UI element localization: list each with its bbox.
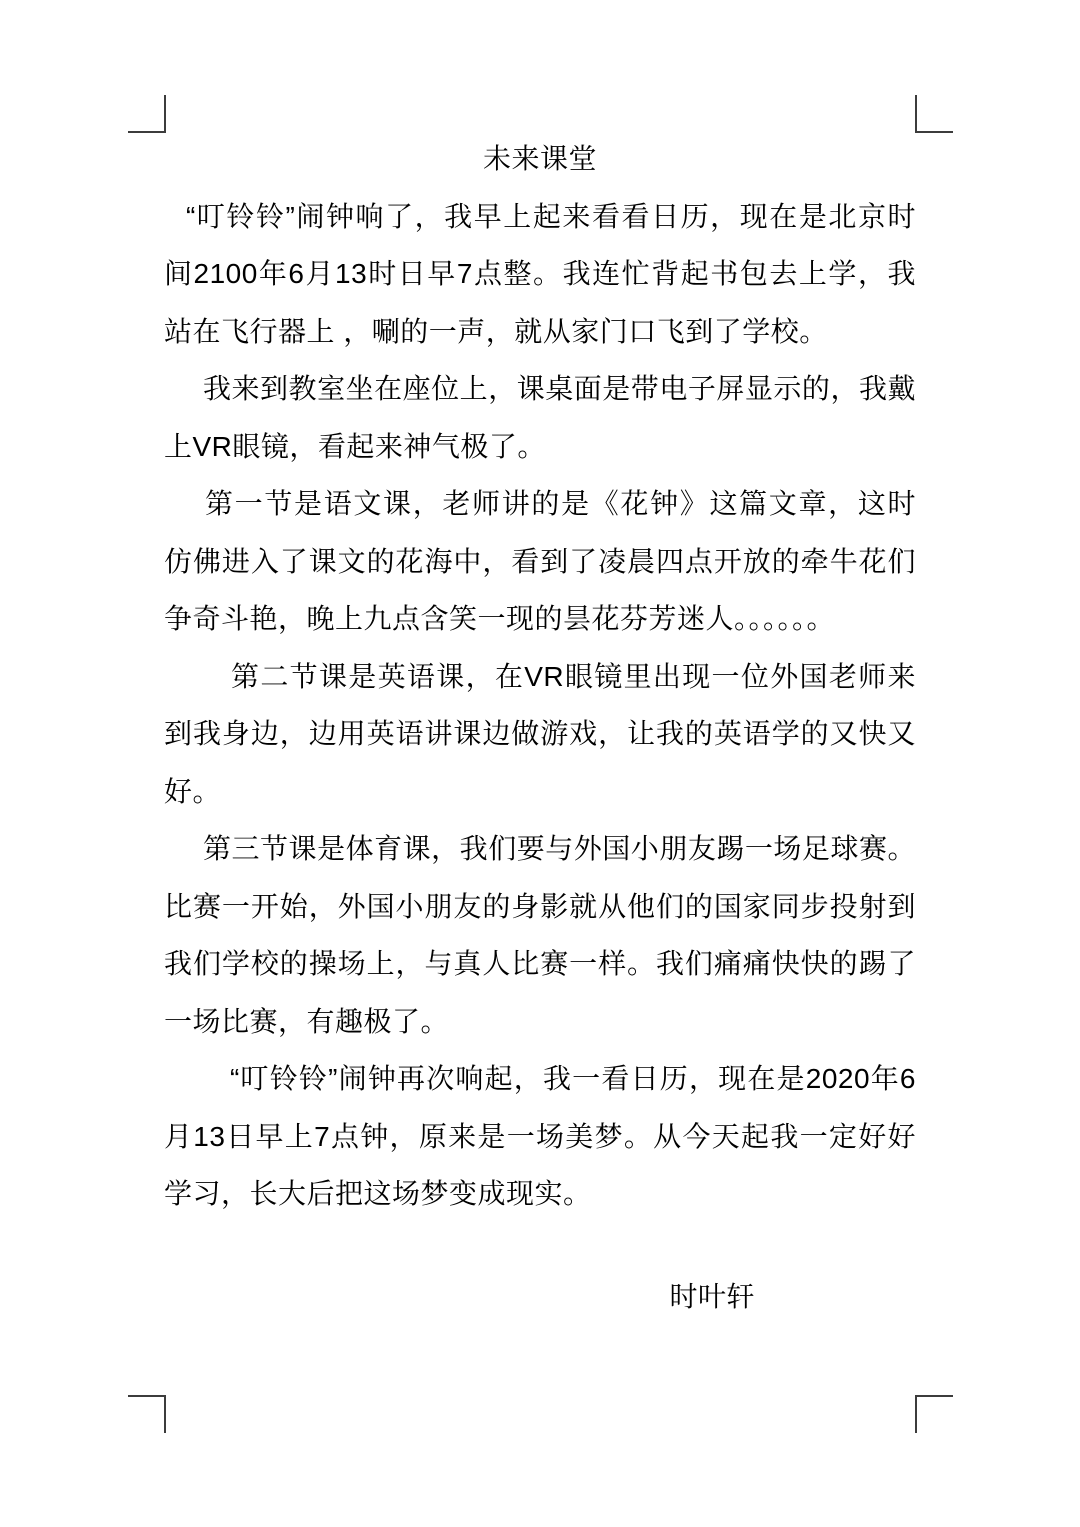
document-page: 未来课堂 “叮铃铃”闹钟响了，我早上起来看看日历，现在是北京时间2100年6月1… (0, 0, 1080, 1527)
paragraph: “叮铃铃”闹钟响了，我早上起来看看日历，现在是北京时间2100年6月13时日早7… (164, 188, 916, 361)
paragraph: 第一节是语文课，老师讲的是《花钟》这篇文章，这时仿佛进入了课文的花海中，看到了凌… (164, 475, 916, 648)
paragraph: “叮铃铃”闹钟再次响起，我一看日历，现在是2020年6月13日早上7点钟，原来是… (164, 1050, 916, 1223)
crop-mark-bottom-left-icon (128, 1395, 166, 1433)
crop-mark-top-left-icon (128, 95, 166, 133)
paragraph: 第二节课是英语课，在VR眼镜里出现一位外国老师来到我身边，边用英语讲课边做游戏，… (164, 648, 916, 821)
paragraph: 第三节课是体育课，我们要与外国小朋友踢一场足球赛。比赛一开始，外国小朋友的身影就… (164, 820, 916, 1050)
author-signature: 时叶轩 (164, 1268, 916, 1326)
document-title: 未来课堂 (164, 130, 916, 188)
crop-mark-top-right-icon (915, 95, 953, 133)
paragraph: 我来到教室坐在座位上，课桌面是带电子屏显示的，我戴上VR眼镜，看起来神气极了。 (164, 360, 916, 475)
crop-mark-bottom-right-icon (915, 1395, 953, 1433)
document-body: 未来课堂 “叮铃铃”闹钟响了，我早上起来看看日历，现在是北京时间2100年6月1… (164, 130, 916, 1325)
